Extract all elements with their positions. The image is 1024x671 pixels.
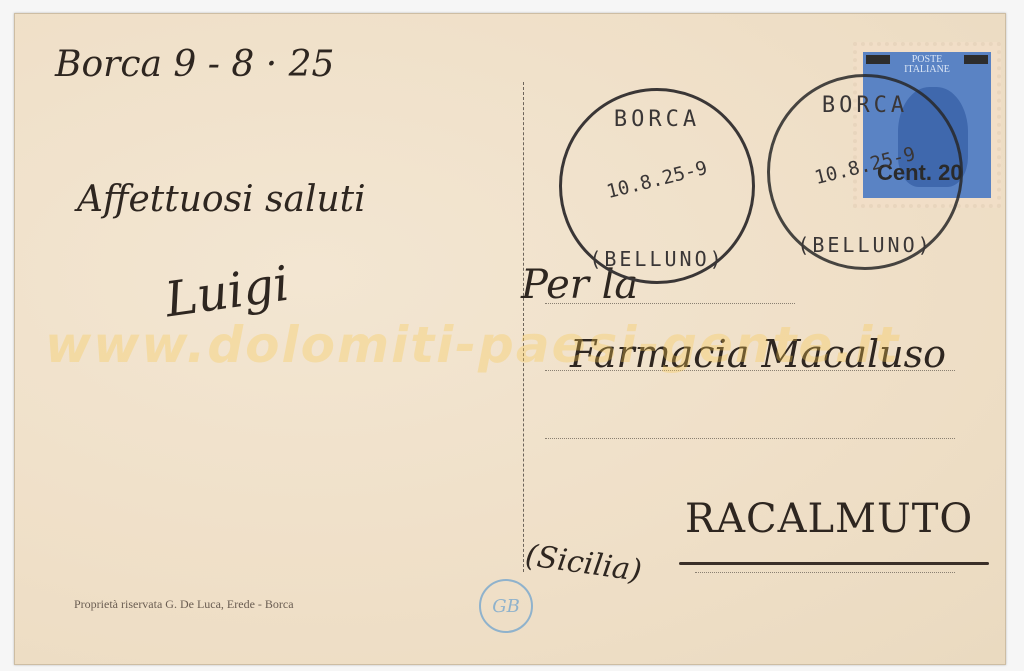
- address-line: [695, 572, 955, 573]
- postcard: Borca 9 - 8 · 25 Affettuosi saluti Luigi…: [14, 13, 1006, 665]
- watermark: www.dolomiti-paesi-gente.it: [45, 316, 1024, 374]
- postmark: BORCA 10.8.25-9 (BELLUNO): [559, 88, 755, 284]
- postmark: BORCA 10.8.25-9 (BELLUNO): [767, 74, 963, 270]
- town-underline: [679, 562, 989, 565]
- greeting: Affettuosi saluti: [77, 179, 366, 220]
- publisher-line: Proprietà riservata G. De Luca, Erede - …: [74, 597, 294, 612]
- address-line: [545, 438, 955, 439]
- address-region: (Sicilia): [523, 538, 644, 589]
- address-town: RACALMUTO: [685, 496, 973, 542]
- collector-monogram-stamp: GB: [479, 579, 533, 633]
- place-date: Borca 9 - 8 · 25: [55, 44, 334, 85]
